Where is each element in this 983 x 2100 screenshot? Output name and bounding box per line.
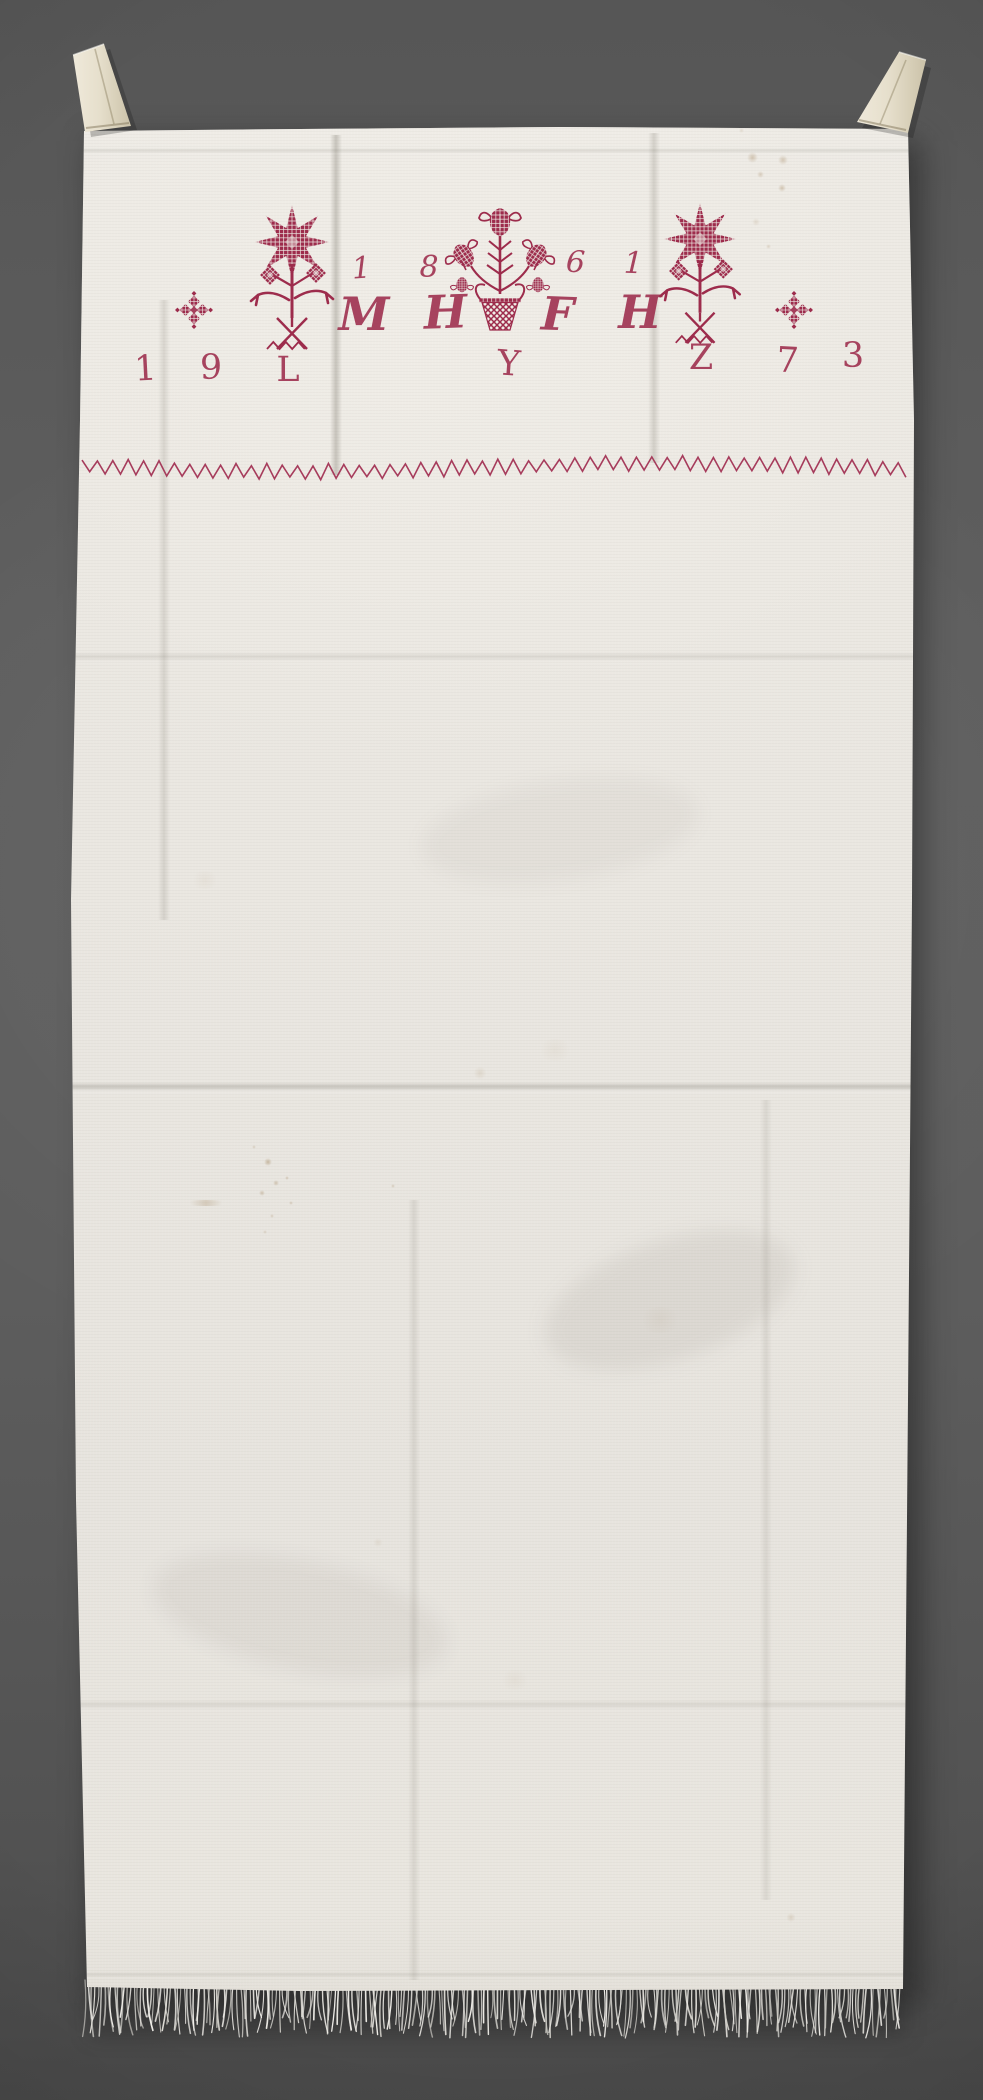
loops-layer (0, 0, 983, 2100)
hanging-loop-right (857, 52, 931, 138)
photo-of-embroidered-towel: 1 8 6 1 M H F H 1 9 L Y Z 7 3 (0, 0, 983, 2100)
hanging-loop-left (73, 44, 137, 137)
